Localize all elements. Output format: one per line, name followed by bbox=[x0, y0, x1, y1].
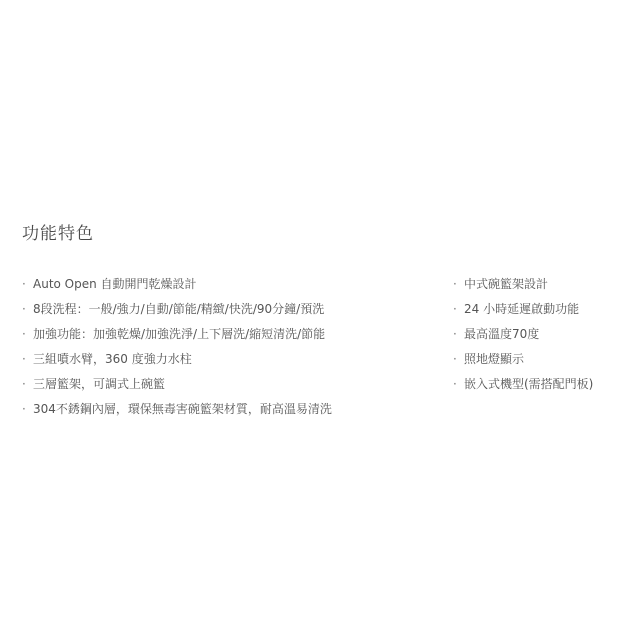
bullet-icon: · bbox=[453, 301, 464, 317]
feature-item: ·三組噴水臂，360 度強力水柱 bbox=[22, 351, 332, 376]
bullet-icon: · bbox=[22, 376, 33, 392]
feature-text: 中式碗籃架設計 bbox=[464, 276, 548, 292]
feature-text: 24 小時延遲啟動功能 bbox=[464, 301, 579, 317]
feature-text: 三組噴水臂，360 度強力水柱 bbox=[33, 351, 192, 367]
feature-text: Auto Open 自動開門乾燥設計 bbox=[33, 276, 197, 292]
feature-list-right: ·中式碗籃架設計 ·24 小時延遲啟動功能 ·最高溫度70度 ·照地燈顯示 ·嵌… bbox=[453, 276, 593, 401]
bullet-icon: · bbox=[453, 276, 464, 292]
bullet-icon: · bbox=[453, 376, 464, 392]
bullet-icon: · bbox=[22, 301, 33, 317]
feature-item: ·三層籃架，可調式上碗籃 bbox=[22, 376, 332, 401]
bullet-icon: · bbox=[22, 326, 33, 342]
section-title: 功能特色 bbox=[22, 219, 94, 244]
bullet-icon: · bbox=[453, 326, 464, 342]
feature-list-left: ·Auto Open 自動開門乾燥設計 ·8段洗程：一般/強力/自動/節能/精緻… bbox=[22, 276, 332, 426]
feature-text: 照地燈顯示 bbox=[464, 351, 524, 367]
feature-item: ·304不銹鋼內層，環保無毒害碗籃架材質，耐高溫易清洗 bbox=[22, 401, 332, 426]
feature-item: ·加強功能：加強乾燥/加強洗淨/上下層洗/縮短清洗/節能 bbox=[22, 326, 332, 351]
feature-text: 8段洗程：一般/強力/自動/節能/精緻/快洗/90分鐘/預洗 bbox=[33, 301, 324, 317]
feature-text: 304不銹鋼內層，環保無毒害碗籃架材質，耐高溫易清洗 bbox=[33, 401, 332, 417]
feature-item: ·Auto Open 自動開門乾燥設計 bbox=[22, 276, 332, 301]
feature-item: ·照地燈顯示 bbox=[453, 351, 593, 376]
feature-item: ·中式碗籃架設計 bbox=[453, 276, 593, 301]
feature-item: ·8段洗程：一般/強力/自動/節能/精緻/快洗/90分鐘/預洗 bbox=[22, 301, 332, 326]
feature-item: ·最高溫度70度 bbox=[453, 326, 593, 351]
feature-text: 三層籃架，可調式上碗籃 bbox=[33, 376, 165, 392]
feature-text: 嵌入式機型(需搭配門板) bbox=[464, 376, 593, 392]
feature-text: 最高溫度70度 bbox=[464, 326, 539, 342]
bullet-icon: · bbox=[22, 401, 33, 417]
bullet-icon: · bbox=[453, 351, 464, 367]
bullet-icon: · bbox=[22, 276, 33, 292]
feature-item: ·嵌入式機型(需搭配門板) bbox=[453, 376, 593, 401]
bullet-icon: · bbox=[22, 351, 33, 367]
feature-text: 加強功能：加強乾燥/加強洗淨/上下層洗/縮短清洗/節能 bbox=[33, 326, 325, 342]
feature-item: ·24 小時延遲啟動功能 bbox=[453, 301, 593, 326]
